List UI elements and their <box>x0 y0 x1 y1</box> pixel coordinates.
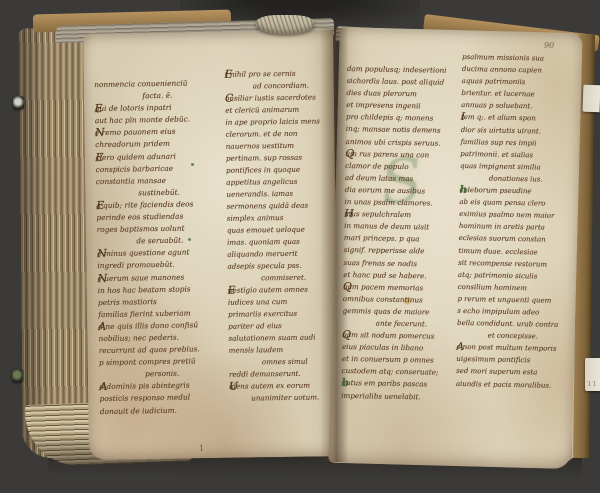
folio-number: 90 <box>544 41 554 50</box>
paragraph-initial: Q <box>342 329 351 341</box>
paragraph-initial: Q <box>343 281 352 293</box>
fore-edge-tab-bottom: 11 <box>585 358 600 391</box>
headband-stitching <box>256 15 314 34</box>
green-initial: h <box>459 184 467 196</box>
paragraph-initial: U <box>229 381 238 393</box>
fore-edge-clasp-bottom <box>12 369 23 382</box>
manuscript-text-line: gemmis quas de maiore <box>343 305 461 319</box>
paragraph-initial: A <box>456 341 464 353</box>
right-page-column-2: psalmum missionis suaducima annono capie… <box>456 51 574 392</box>
paragraph-initial: E <box>225 69 233 81</box>
paragraph-initial: E <box>96 200 104 212</box>
paragraph-initial: H <box>344 208 354 220</box>
right-page-column-1: dam populusq; indesertionisichordis laus… <box>341 63 465 404</box>
manuscript-text-line: quas impignent similia <box>460 160 572 174</box>
paragraph-initial: Q <box>345 148 354 160</box>
manuscript-photo: 11 S nonmencia conuenienciūfacta. ē.E qu… <box>0 0 600 493</box>
fore-edge-clasp-top <box>13 96 24 109</box>
paragraph-initial: N <box>97 248 107 260</box>
manuscript-text-line: imperialibs uenelabit. <box>341 389 459 403</box>
manuscript-text-line: unanimiter uotum. <box>229 391 341 405</box>
paragraph-initial: E <box>94 103 102 115</box>
green-initial: b <box>341 377 349 389</box>
paragraph-initial: A <box>99 381 107 393</box>
paragraph-initial: E <box>95 152 103 164</box>
paragraph-initial: E <box>228 285 236 297</box>
manuscript-text-line: donauit de iudicium. <box>100 403 226 417</box>
quire-mark: 1 <box>199 444 204 453</box>
manuscript-text-line: aiundis et pacis moralibus. <box>456 377 568 391</box>
paragraph-initial: N <box>97 272 107 284</box>
paragraph-initial: I <box>461 111 465 123</box>
paragraph-initial: C <box>225 93 233 105</box>
left-page-column-1: nonmencia conuenienciūfacta. ē.E qui de … <box>94 77 226 418</box>
manuscript-text-line: bella condidunt. urab contra <box>457 317 569 331</box>
left-page-column-2: Et nihil pro se cernisad concordiam.Cons… <box>225 67 342 405</box>
fore-edge-tab-top <box>583 85 600 113</box>
paragraph-initial: A <box>98 321 106 333</box>
paragraph-initial: N <box>95 127 105 139</box>
